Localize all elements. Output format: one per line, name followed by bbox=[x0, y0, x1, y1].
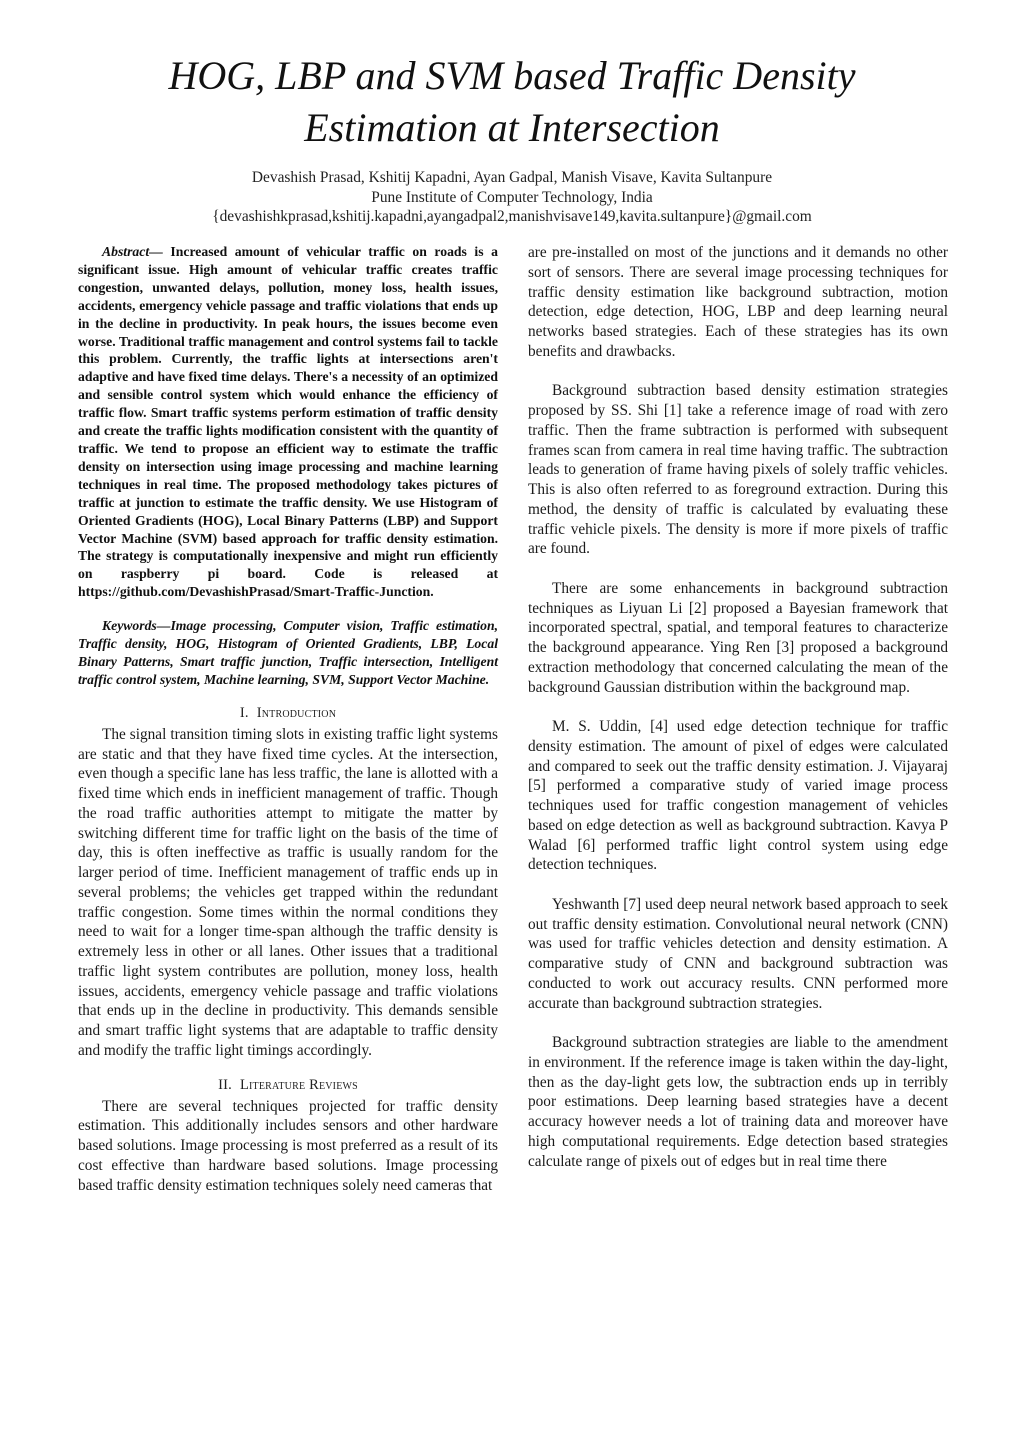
section-heading-literature-reviews: II.Literature Reviews bbox=[78, 1075, 498, 1095]
paper-title: HOG, LBP and SVM based Traffic Density E… bbox=[100, 50, 924, 154]
left-column: Abstract— Increased amount of vehicular … bbox=[78, 243, 498, 1195]
literature-paragraph-edge-detection: M. S. Uddin, [4] used edge detection tec… bbox=[528, 717, 948, 875]
paper-title-line-2: Estimation at Intersection bbox=[304, 105, 720, 150]
section-number: I. bbox=[240, 705, 249, 721]
section-title: Literature Reviews bbox=[240, 1077, 358, 1093]
author-emails: {devashishkprasad,kshitij.kapadni,ayanga… bbox=[100, 207, 924, 227]
abstract: Abstract— Increased amount of vehicular … bbox=[78, 243, 498, 601]
literature-paragraph-comparison: Background subtraction strategies are li… bbox=[528, 1033, 948, 1171]
literature-paragraph-enhancements: There are some enhancements in backgroun… bbox=[528, 579, 948, 698]
intro-paragraph: The signal transition timing slots in ex… bbox=[78, 725, 498, 1061]
author-affiliation: Pune Institute of Computer Technology, I… bbox=[100, 188, 924, 208]
keywords-label: Keywords— bbox=[102, 618, 170, 633]
right-column: are pre-installed on most of the junctio… bbox=[528, 243, 948, 1171]
section-heading-introduction: I.Introduction bbox=[78, 703, 498, 723]
paper-title-line-1: HOG, LBP and SVM based Traffic Density bbox=[168, 53, 855, 98]
abstract-label: Abstract— bbox=[102, 244, 163, 259]
keywords: Keywords—Image processing, Computer visi… bbox=[78, 617, 498, 689]
abstract-text: Increased amount of vehicular traffic on… bbox=[78, 244, 498, 599]
literature-paragraph-background-subtraction: Background subtraction based density est… bbox=[528, 381, 948, 559]
section-title: Introduction bbox=[257, 705, 336, 721]
literature-paragraph-1-continued: are pre-installed on most of the junctio… bbox=[528, 243, 948, 362]
section-number: II. bbox=[218, 1077, 232, 1093]
author-block: Devashish Prasad, Kshitij Kapadni, Ayan … bbox=[100, 168, 924, 227]
author-names: Devashish Prasad, Kshitij Kapadni, Ayan … bbox=[100, 168, 924, 188]
literature-paragraph-deep-learning: Yeshwanth [7] used deep neural network b… bbox=[528, 895, 948, 1014]
literature-paragraph-1: There are several techniques projected f… bbox=[78, 1097, 498, 1196]
